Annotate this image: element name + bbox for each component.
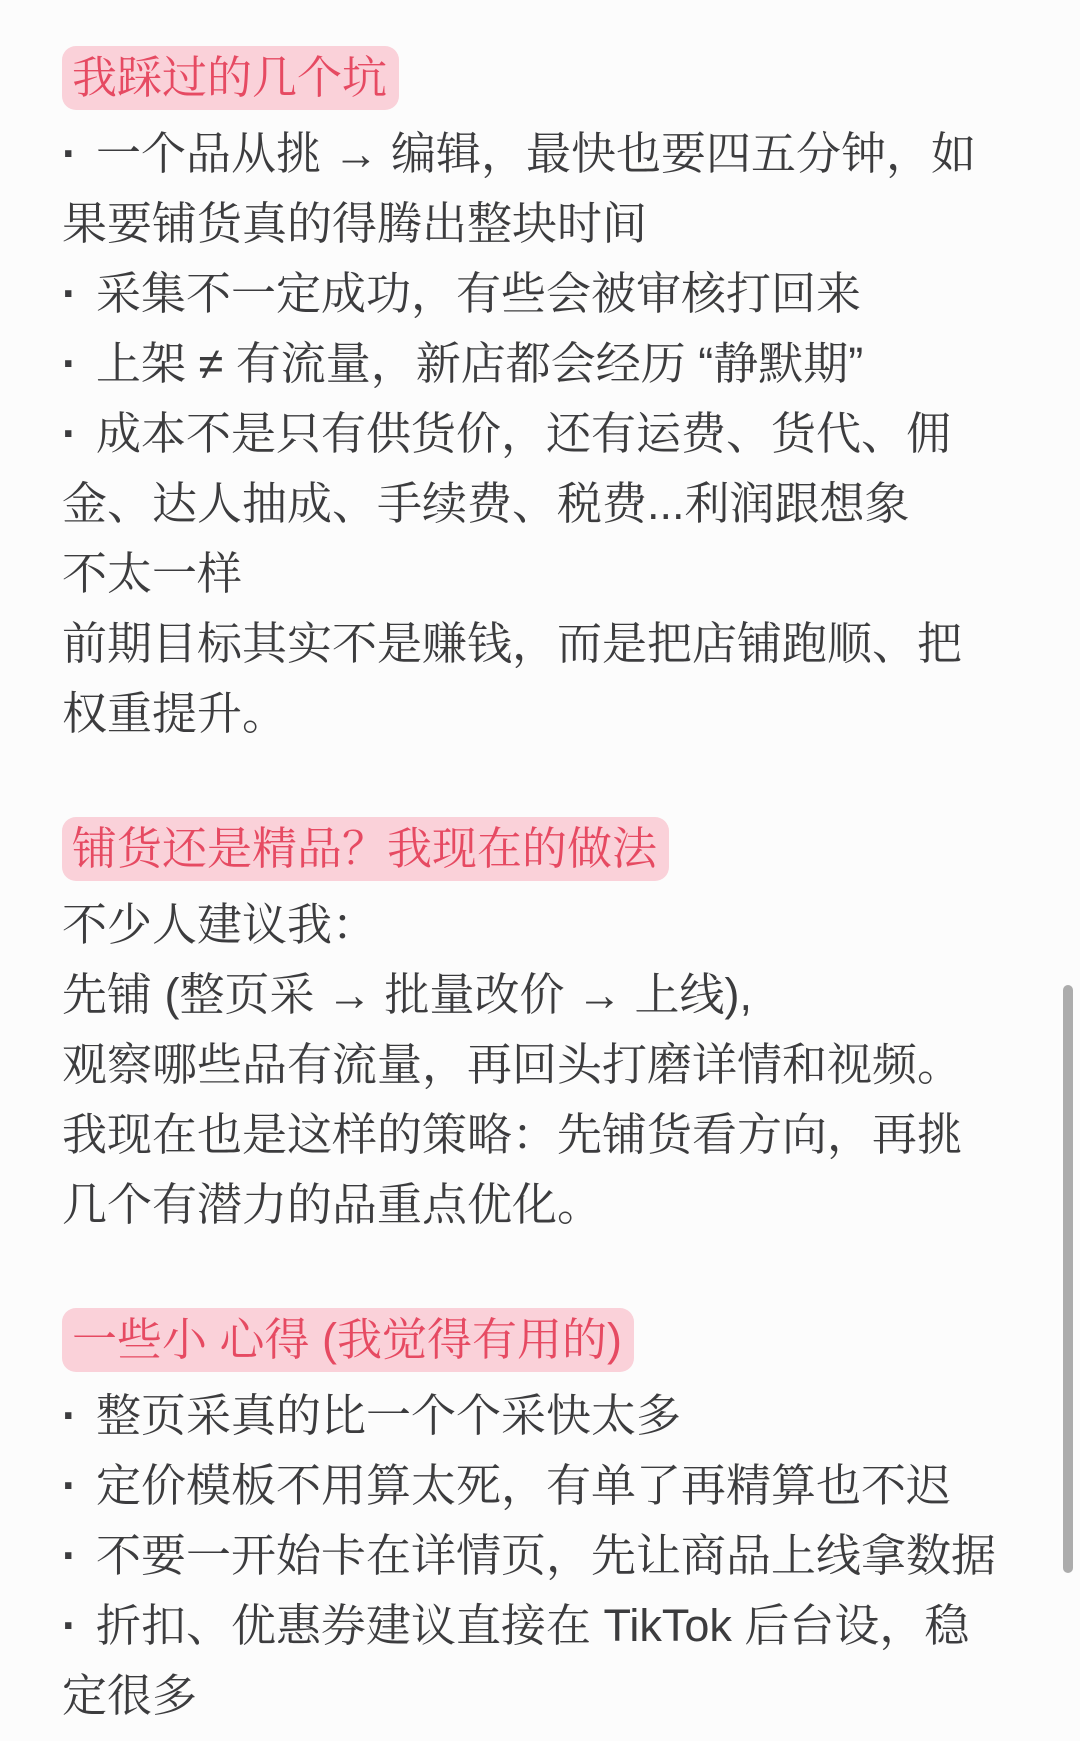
section-pitfalls-body: ·一个品从挑 → 编辑，最快也要四五分钟，如 果要铺货真的得腾出整块时间 ·采集…	[62, 119, 1022, 749]
bullet-dot-icon: ·	[62, 1381, 96, 1451]
scrollbar-thumb[interactable]	[1063, 985, 1073, 1573]
line-text: 采集不一定成功，有些会被审核打回来	[96, 268, 861, 319]
text-line: 金、达人抽成、手续费、税费...利润跟想象	[62, 469, 1022, 539]
line-text: 上架 ≠ 有流量，新店都会经历 “静默期”	[96, 338, 863, 389]
text-line: 权重提升。	[62, 679, 1022, 749]
line-text: 定很多	[62, 1670, 197, 1721]
bullet-dot-icon: ·	[62, 329, 96, 399]
note-page: 我踩过的几个坑 ·一个品从挑 → 编辑，最快也要四五分钟，如 果要铺货真的得腾出…	[0, 0, 1080, 1731]
line-text: 一个品从挑 → 编辑，最快也要四五分钟，如	[96, 128, 976, 179]
text-line: ·采集不一定成功，有些会被审核打回来	[62, 259, 1022, 329]
section-header-strategy: 铺货还是精品？我现在的做法	[62, 817, 669, 881]
text-line: 我现在也是这样的策略：先铺货看方向，再挑	[62, 1100, 1022, 1170]
text-line: 前期目标其实不是赚钱，而是把店铺跑顺、把	[62, 609, 1022, 679]
bullet-dot-icon: ·	[62, 1591, 96, 1661]
line-text: 前期目标其实不是赚钱，而是把店铺跑顺、把	[62, 618, 962, 669]
text-line: 观察哪些品有流量，再回头打磨详情和视频。	[62, 1030, 1022, 1100]
section-header-tips: 一些小 心得 (我觉得有用的)	[62, 1308, 634, 1372]
bullet-dot-icon: ·	[62, 1521, 96, 1591]
text-line: 定很多	[62, 1661, 1022, 1731]
text-line: ·折扣、优惠券建议直接在 TikTok 后台设，稳	[62, 1591, 1022, 1661]
section-pitfalls: 我踩过的几个坑 ·一个品从挑 → 编辑，最快也要四五分钟，如 果要铺货真的得腾出…	[62, 46, 1022, 749]
line-text: 定价模板不用算太死，有单了再精算也不迟	[96, 1460, 951, 1511]
line-text: 几个有潜力的品重点优化。	[62, 1179, 602, 1230]
line-text: 观察哪些品有流量，再回头打磨详情和视频。	[62, 1039, 962, 1090]
text-line: ·整页采真的比一个个采快太多	[62, 1381, 1022, 1451]
line-text: 折扣、优惠券建议直接在 TikTok 后台设，稳	[96, 1600, 969, 1651]
line-text: 我现在也是这样的策略：先铺货看方向，再挑	[62, 1109, 962, 1160]
text-line: ·成本不是只有供货价，还有运费、货代、佣	[62, 399, 1022, 469]
line-text: 金、达人抽成、手续费、税费...利润跟想象	[62, 478, 910, 529]
text-line: ·一个品从挑 → 编辑，最快也要四五分钟，如	[62, 119, 1022, 189]
line-text: 不太一样	[62, 548, 242, 599]
text-line: ·不要一开始卡在详情页，先让商品上线拿数据	[62, 1521, 1022, 1591]
text-line: 先铺 (整页采 → 批量改价 → 上线),	[62, 960, 1022, 1030]
bullet-dot-icon: ·	[62, 259, 96, 329]
line-text: 不少人建议我：	[62, 899, 377, 950]
text-line: 不少人建议我：	[62, 890, 1022, 960]
section-strategy: 铺货还是精品？我现在的做法 不少人建议我： 先铺 (整页采 → 批量改价 → 上…	[62, 817, 1022, 1240]
text-line: 几个有潜力的品重点优化。	[62, 1170, 1022, 1240]
line-text: 果要铺货真的得腾出整块时间	[62, 198, 647, 249]
line-text: 成本不是只有供货价，还有运费、货代、佣	[96, 408, 951, 459]
text-line: ·上架 ≠ 有流量，新店都会经历 “静默期”	[62, 329, 1022, 399]
text-line: ·定价模板不用算太死，有单了再精算也不迟	[62, 1451, 1022, 1521]
line-text: 整页采真的比一个个采快太多	[96, 1390, 681, 1441]
line-text: 先铺 (整页采 → 批量改价 → 上线),	[62, 969, 752, 1020]
bullet-dot-icon: ·	[62, 119, 96, 189]
text-line: 果要铺货真的得腾出整块时间	[62, 189, 1022, 259]
bullet-dot-icon: ·	[62, 1451, 96, 1521]
section-header-pitfalls: 我踩过的几个坑	[62, 46, 399, 110]
bullet-dot-icon: ·	[62, 399, 96, 469]
section-tips-body: ·整页采真的比一个个采快太多 ·定价模板不用算太死，有单了再精算也不迟 ·不要一…	[62, 1381, 1022, 1731]
section-tips: 一些小 心得 (我觉得有用的) ·整页采真的比一个个采快太多 ·定价模板不用算太…	[62, 1308, 1022, 1731]
line-text: 权重提升。	[62, 688, 287, 739]
section-strategy-body: 不少人建议我： 先铺 (整页采 → 批量改价 → 上线), 观察哪些品有流量，再…	[62, 890, 1022, 1240]
text-line: 不太一样	[62, 539, 1022, 609]
line-text: 不要一开始卡在详情页，先让商品上线拿数据	[96, 1530, 996, 1581]
